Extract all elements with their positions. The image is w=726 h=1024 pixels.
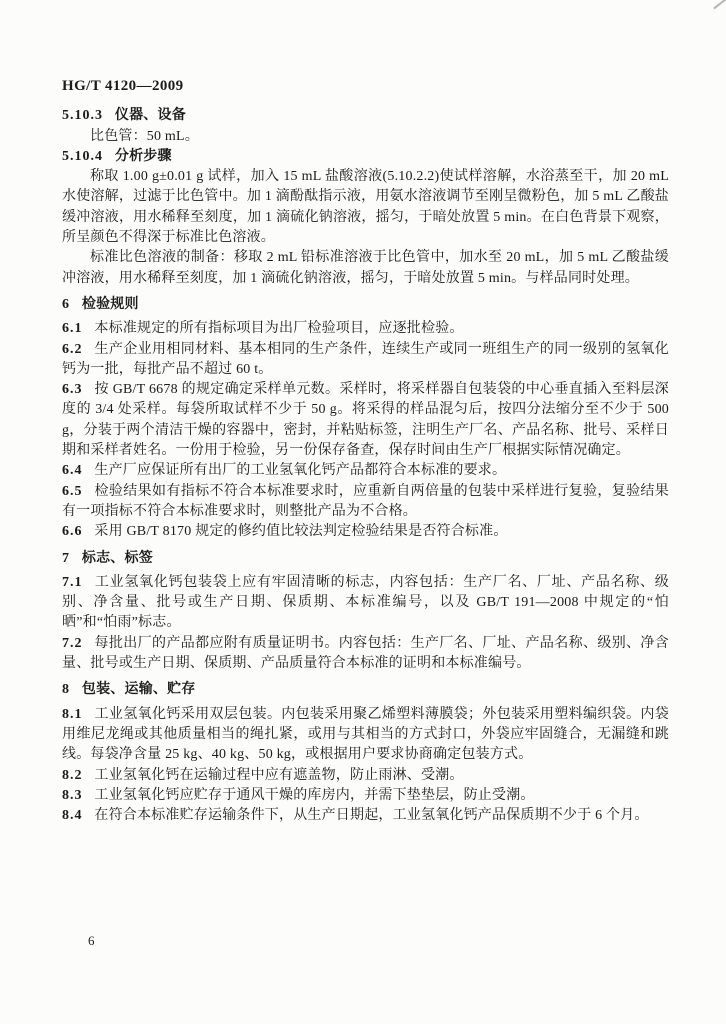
clause-text: 采用 GB/T 8170 规定的修约值比较法判定检验结果是否符合标准。	[94, 524, 507, 539]
page-number: 6	[88, 931, 95, 951]
clause-number: 8.1	[62, 707, 83, 722]
clause-text: 工业氢氧化钙包装袋上应有牢固清晰的标志，内容包括：生产厂名、厂址、产品名称、级别…	[62, 575, 669, 631]
clause-6-2: 6.2生产企业用相同材料、基本相同的生产条件，连续生产或同一班组生产的同一级别的…	[62, 340, 669, 381]
clause-number: 8.2	[62, 768, 83, 783]
clause-8-3: 8.3工业氢氧化钙应贮存于通风干燥的库房内，并需下垫垫层，防止受潮。	[62, 786, 669, 806]
clause-6-5: 6.5检验结果如有指标不符合本标准要求时，应重新自两倍量的包装中采样进行复验，复…	[62, 482, 669, 523]
clause-number: 6.3	[62, 382, 83, 397]
standard-number-header: HG/T 4120—2009	[62, 76, 669, 96]
subsection-title: 分析步骤	[115, 149, 172, 164]
chapter-heading-6: 6检验规则	[62, 295, 669, 315]
clause-text: 生产厂应保证所有出厂的工业氢氧化钙产品都符合本标准的要求。	[94, 463, 506, 478]
clause-text: 工业氢氧化钙在运输过程中应有遮盖物，防止雨淋、受潮。	[94, 768, 463, 783]
scan-artifact	[713, 0, 726, 9]
clause-text: 工业氢氧化钙采用双层包装。内包装采用聚乙烯塑料薄膜袋；外包装采用塑料编织袋。内袋…	[62, 707, 669, 763]
clause-7-1: 7.1工业氢氧化钙包装袋上应有牢固清晰的标志，内容包括：生产厂名、厂址、产品名称…	[62, 573, 669, 634]
clause-6-3: 6.3按 GB/T 6678 的规定确定采样单元数。采样时，将采样器自包装袋的中…	[62, 380, 669, 461]
clause-number: 6.4	[62, 463, 83, 478]
document-page: HG/T 4120—2009 5.10.3仪器、设备 比色管：50 mL。 5.…	[0, 0, 726, 1024]
body-paragraph: 标准比色溶液的制备：移取 2 mL 铅标准溶液于比色管中，加水至 20 mL，加…	[62, 248, 669, 289]
clause-number: 8.4	[62, 808, 83, 823]
clause-8-2: 8.2工业氢氧化钙在运输过程中应有遮盖物，防止雨淋、受潮。	[62, 766, 669, 786]
chapter-heading-8: 8包装、运输、贮存	[62, 680, 669, 700]
body-paragraph: 称取 1.00 g±0.01 g 试样，加入 15 mL 盐酸溶液(5.10.2…	[62, 167, 669, 248]
clause-text: 本标准规定的所有指标项目为出厂检验项目，应逐批检验。	[94, 321, 463, 336]
chapter-title: 检验规则	[82, 297, 139, 312]
clause-text: 按 GB/T 6678 的规定确定采样单元数。采样时，将采样器自包装袋的中心垂直…	[62, 382, 669, 458]
clause-8-4: 8.4在符合本标准贮存运输条件下，从生产日期起，工业氢氧化钙产品保质期不少于 6…	[62, 806, 669, 826]
clause-text: 检验结果如有指标不符合本标准要求时，应重新自两倍量的包装中采样进行复验，复验结果…	[62, 484, 669, 519]
chapter-title: 标志、标签	[82, 551, 153, 566]
clause-number: 7.1	[62, 575, 83, 590]
clause-text: 工业氢氧化钙应贮存于通风干燥的库房内，并需下垫垫层，防止受潮。	[94, 788, 534, 803]
subsection-heading-5-10-3: 5.10.3仪器、设备	[62, 106, 669, 126]
subsection-heading-5-10-4: 5.10.4分析步骤	[62, 147, 669, 167]
clause-text: 每批出厂的产品都应附有质量证明书。内容包括：生产厂名、厂址、产品名称、级别、净含…	[62, 636, 669, 671]
clause-7-2: 7.2每批出厂的产品都应附有质量证明书。内容包括：生产厂名、厂址、产品名称、级别…	[62, 634, 669, 675]
chapter-title: 包装、运输、贮存	[82, 682, 196, 697]
clause-text: 在符合本标准贮存运输条件下，从生产日期起，工业氢氧化钙产品保质期不少于 6 个月…	[94, 808, 648, 823]
chapter-number: 6	[62, 297, 70, 312]
clause-6-6: 6.6采用 GB/T 8170 规定的修约值比较法判定检验结果是否符合标准。	[62, 522, 669, 542]
page-content: HG/T 4120—2009 5.10.3仪器、设备 比色管：50 mL。 5.…	[62, 76, 669, 826]
subsection-title: 仪器、设备	[115, 108, 186, 123]
clause-number: 8.3	[62, 788, 83, 803]
subsection-number: 5.10.3	[62, 108, 103, 123]
clause-text: 生产企业用相同材料、基本相同的生产条件，连续生产或同一班组生产的同一级别的氢氧化…	[62, 342, 669, 377]
subsection-number: 5.10.4	[62, 149, 103, 164]
chapter-heading-7: 7标志、标签	[62, 549, 669, 569]
clause-number: 6.5	[62, 484, 83, 499]
chapter-number: 7	[62, 551, 70, 566]
clause-8-1: 8.1工业氢氧化钙采用双层包装。内包装采用聚乙烯塑料薄膜袋；外包装采用塑料编织袋…	[62, 705, 669, 766]
clause-number: 6.2	[62, 342, 83, 357]
clause-number: 7.2	[62, 636, 83, 651]
body-line: 比色管：50 mL。	[62, 127, 669, 147]
clause-6-1: 6.1本标准规定的所有指标项目为出厂检验项目，应逐批检验。	[62, 319, 669, 339]
chapter-number: 8	[62, 682, 70, 697]
clause-6-4: 6.4生产厂应保证所有出厂的工业氢氧化钙产品都符合本标准的要求。	[62, 461, 669, 481]
clause-number: 6.1	[62, 321, 83, 336]
clause-number: 6.6	[62, 524, 83, 539]
